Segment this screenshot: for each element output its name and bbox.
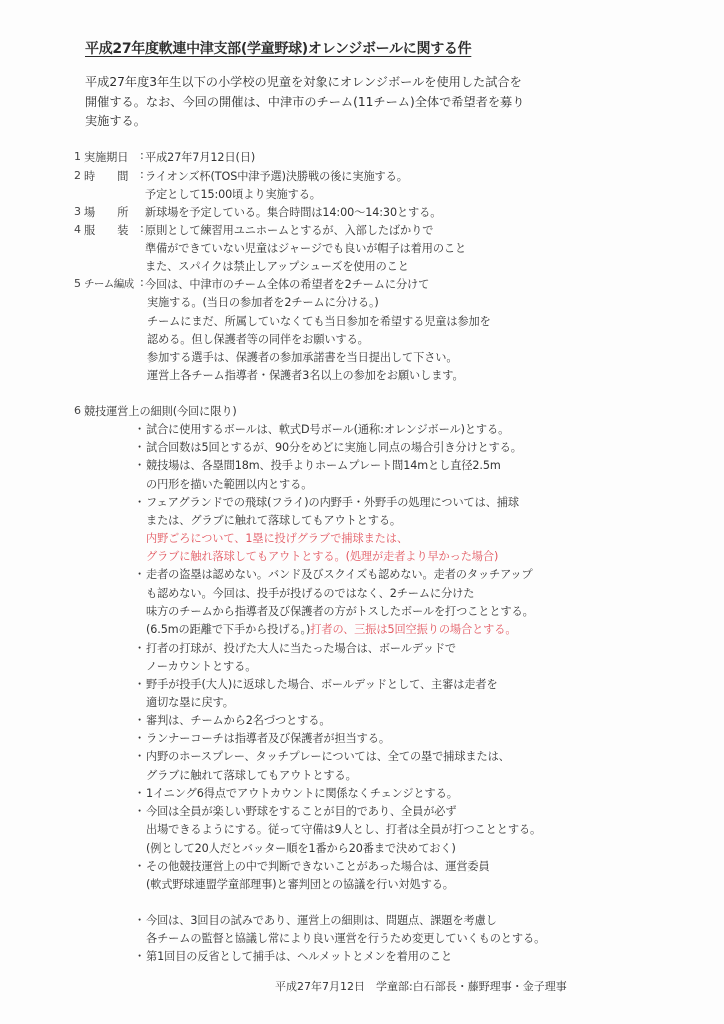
section-label: 時 間 bbox=[84, 168, 128, 184]
bullet: ・ bbox=[134, 858, 146, 874]
bullet: ・ bbox=[134, 494, 146, 510]
colon: : bbox=[140, 222, 144, 235]
colon: : bbox=[140, 149, 144, 162]
rule-text: フェアグランドでの飛球(フライ)の内野手・外野手の処理については、捕球 bbox=[146, 496, 519, 509]
section-number: 5 bbox=[74, 277, 81, 290]
bullet: ・ bbox=[134, 948, 146, 964]
rule-item: ・ランナーコーチは指導者及び保護者が担当する。 bbox=[134, 730, 390, 746]
rule-item-mixed: (6.5mの距離で下手から投げる。)打者の、三振は5回空振りの場合とする。 bbox=[146, 621, 516, 637]
rule-text: 適切な塁に戻す。 bbox=[146, 694, 234, 710]
section-label: 実施期日 bbox=[84, 149, 128, 165]
rule-text-highlight: 打者の、三振は5回空振りの場合とする。 bbox=[310, 623, 516, 636]
section-text: ライオンズ杯(TOS中津予選)決勝戦の後に実施する。 bbox=[145, 168, 408, 184]
rule-text: (6.5mの距離で下手から投げる。) bbox=[146, 623, 310, 636]
rule-text: または、グラブに触れて落球してもアウトとする。 bbox=[146, 512, 401, 528]
rule-item: ・試合回数は5回とするが、90分をめどに実施し同点の場合引き分けとする。 bbox=[134, 439, 522, 455]
section-text: 新球場を予定している。集合時間は14:00～14:30とする。 bbox=[145, 204, 441, 220]
section-text: 原則として練習用ユニホームとするが、入部したばかりで bbox=[145, 222, 433, 238]
rule-text: 試合に使用するボールは、軟式D号ボール(通称:オレンジボール)とする。 bbox=[146, 423, 509, 436]
section-number: 2 bbox=[74, 169, 81, 182]
document-page: 平成27年度軟連中津支部(学童野球)オレンジボールに関する件 平成27年度3年生… bbox=[0, 0, 724, 1024]
bullet: ・ bbox=[134, 785, 146, 801]
rule-text: (例として20人だとバッター順を1番から20番まで決めておく) bbox=[146, 840, 456, 856]
section-label: 場 所 bbox=[84, 204, 128, 220]
section-text: チームにまだ、所属していなくても当日参加を希望する児童は参加を bbox=[147, 313, 491, 329]
rule-item: ・野手が投手(大人)に返球した場合、ボールデッドとして、主審は走者を bbox=[134, 676, 498, 692]
bullet: ・ bbox=[134, 730, 146, 746]
section-label: 競技運営上の細則(今回に限り) bbox=[84, 403, 237, 419]
bullet: ・ bbox=[134, 712, 146, 728]
rule-text: 第1回目の反省として捕手は、ヘルメットとメンを着用のこと bbox=[146, 950, 452, 963]
colon: : bbox=[140, 276, 144, 289]
rule-text: 今回は全員が楽しい野球をすることが目的であり、全員が必ず bbox=[146, 805, 456, 818]
section-text: 参加する選手は、保護者の参加承諾書を当日提出して下さい。 bbox=[147, 349, 457, 365]
section-text: 運営上各チーム指導者・保護者3名以上の参加をお願いします。 bbox=[147, 367, 464, 383]
rule-text: の円形を描いた範囲以内とする。 bbox=[146, 476, 312, 492]
intro-line: 実施する。 bbox=[85, 112, 524, 132]
rule-item: ・その他競技運営上の中で判断できないことがあった場合は、運営委員 bbox=[134, 858, 490, 874]
rule-text: 走者の盗塁は認めない。バンド及びスクイズも認めない。走者のタッチアップ bbox=[146, 568, 533, 581]
document-footer: 平成27年7月12日 学童部:白石部長・藤野理事・金子理事 bbox=[275, 978, 567, 994]
section-number: 1 bbox=[74, 150, 81, 163]
rule-item: ・今回は、3回目の試みであり、運営上の細則は、問題点、課題を考慮し bbox=[134, 912, 497, 928]
rule-text: 審判は、チームから2名づつとする。 bbox=[146, 714, 330, 727]
rule-text: 各チームの監督と協議し常により良い運営を行うため変更していくものとする。 bbox=[146, 930, 545, 946]
section-number: 4 bbox=[74, 223, 81, 236]
rule-text: 味方のチームから指導者及び保護者の方がトスしたボールを打つこととする。 bbox=[146, 603, 534, 619]
rule-text: も認めない。今回は、投手が投げるのではなく、2チームに分けた bbox=[146, 585, 474, 601]
section-text: 今回は、中津市のチーム全体の希望者を2チームに分けて bbox=[145, 276, 429, 292]
section-text: 認める。但し保護者等の同伴をお願いする。 bbox=[147, 331, 369, 347]
rule-item: ・競技場は、各塁間18m、投手よりホームプレート間14mとし直径2.5m bbox=[134, 457, 501, 473]
rule-item: ・今回は全員が楽しい野球をすることが目的であり、全員が必ず bbox=[134, 803, 456, 819]
section-label: 服 装 bbox=[84, 222, 128, 238]
section-text: 予定として15:00頃より実施する。 bbox=[145, 186, 321, 202]
bullet: ・ bbox=[134, 912, 146, 928]
rule-item: ・第1回目の反省として捕手は、ヘルメットとメンを着用のこと bbox=[134, 948, 452, 964]
rule-text: 1イニング6得点でアウトカウントに関係なくチェンジとする。 bbox=[146, 787, 458, 800]
rule-text: 内野のホースプレー、タッチプレーについては、全ての塁で捕球または、 bbox=[146, 750, 510, 763]
bullet: ・ bbox=[134, 748, 146, 764]
rule-text: 野手が投手(大人)に返球した場合、ボールデッドとして、主審は走者を bbox=[146, 678, 498, 691]
rule-text: 出場できるようにする。従って守備は9人とし、打者は全員が打つこととする。 bbox=[146, 821, 541, 837]
rule-item: ・内野のホースプレー、タッチプレーについては、全ての塁で捕球または、 bbox=[134, 748, 510, 764]
rule-text: 打者の打球が、投げた大人に当たった場合は、ボールデッドで bbox=[146, 642, 456, 655]
rule-item: ・打者の打球が、投げた大人に当たった場合は、ボールデッドで bbox=[134, 640, 456, 656]
rule-item: ・1イニング6得点でアウトカウントに関係なくチェンジとする。 bbox=[134, 785, 458, 801]
section-text: 実施する。(当日の参加者を2チームに分ける。) bbox=[147, 294, 379, 310]
rule-item: ・審判は、チームから2名づつとする。 bbox=[134, 712, 330, 728]
rule-text: ノーカウントとする。 bbox=[146, 658, 256, 674]
section-text: 平成27年7月12日(日) bbox=[145, 149, 255, 165]
section-text: また、スパイクは禁止しアップシューズを使用のこと bbox=[145, 258, 409, 274]
rule-text-highlight: 内野ごろについて、1塁に投げグラブで捕球または、 bbox=[146, 530, 408, 546]
bullet: ・ bbox=[134, 676, 146, 692]
rule-text-highlight: グラブに触れ落球してもアウトとする。(処理が走者より早かった場合) bbox=[146, 548, 498, 564]
bullet: ・ bbox=[134, 803, 146, 819]
rule-item: ・走者の盗塁は認めない。バンド及びスクイズも認めない。走者のタッチアップ bbox=[134, 566, 533, 582]
colon: : bbox=[140, 168, 144, 181]
rule-text: 試合回数は5回とするが、90分をめどに実施し同点の場合引き分けとする。 bbox=[146, 441, 522, 454]
bullet: ・ bbox=[134, 640, 146, 656]
rule-text: (軟式野球連盟学童部理事)と審判団との協議を行い対処する。 bbox=[146, 876, 454, 892]
rule-text: 今回は、3回目の試みであり、運営上の細則は、問題点、課題を考慮し bbox=[146, 914, 497, 927]
section-text: 準備ができていない児童はジャージでも良いが帽子は着用のこと bbox=[145, 240, 466, 256]
document-title: 平成27年度軟連中津支部(学童野球)オレンジボールに関する件 bbox=[85, 38, 471, 58]
bullet: ・ bbox=[134, 566, 146, 582]
intro-paragraph: 平成27年度3年生以下の小学校の児童を対象にオレンジボールを使用した試合を 開催… bbox=[85, 73, 524, 132]
rule-text: 競技場は、各塁間18m、投手よりホームプレート間14mとし直径2.5m bbox=[146, 459, 501, 472]
intro-line: 開催する。なお、今回の開催は、中津市のチーム(11チーム)全体で希望者を募り bbox=[85, 93, 524, 113]
section-number: 6 bbox=[74, 404, 81, 417]
rule-item: ・試合に使用するボールは、軟式D号ボール(通称:オレンジボール)とする。 bbox=[134, 421, 509, 437]
bullet: ・ bbox=[134, 421, 146, 437]
bullet: ・ bbox=[134, 457, 146, 473]
rule-item: ・フェアグランドでの飛球(フライ)の内野手・外野手の処理については、捕球 bbox=[134, 494, 519, 510]
bullet: ・ bbox=[134, 439, 146, 455]
rule-text: グラブに触れて落球してもアウトとする。 bbox=[146, 767, 357, 783]
rule-text: その他競技運営上の中で判断できないことがあった場合は、運営委員 bbox=[146, 860, 490, 873]
rule-text: ランナーコーチは指導者及び保護者が担当する。 bbox=[146, 732, 390, 745]
section-number: 3 bbox=[74, 205, 81, 218]
section-label: チーム編成 bbox=[84, 276, 134, 291]
intro-line: 平成27年度3年生以下の小学校の児童を対象にオレンジボールを使用した試合を bbox=[85, 73, 524, 93]
